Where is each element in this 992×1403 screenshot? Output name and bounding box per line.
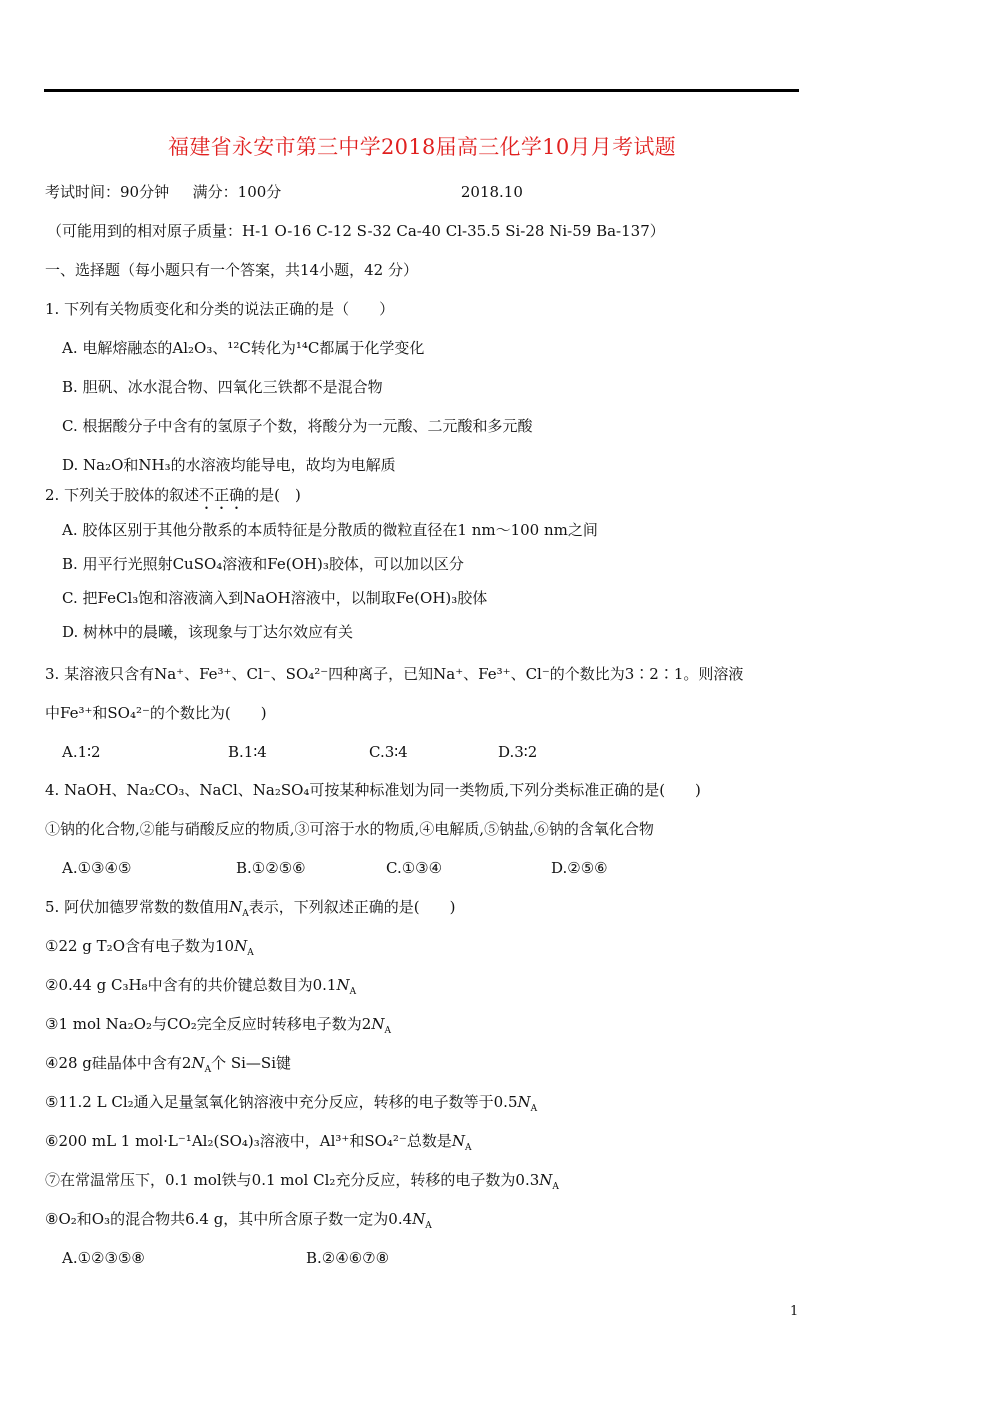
question-3-option-a[interactable]: A.1∶2	[62, 742, 101, 762]
question-2-option-c[interactable]: C. 把FeCl₃饱和溶液滴入到NaOH溶液中，以制取Fe(OH)₃胶体	[62, 588, 487, 608]
question-5-option-b[interactable]: B.②④⑥⑦⑧	[306, 1248, 389, 1268]
question-5-statement-3: ③1 mol Na₂O₂与CO₂完全反应时转移电子数为2NA	[45, 1014, 391, 1034]
question-5-statement-2: ②0.44 g C₃H₈中含有的共价键总数目为0.1NA	[45, 975, 356, 995]
question-2-option-d[interactable]: D. 树林中的晨曦，该现象与丁达尔效应有关	[62, 622, 353, 642]
page-title: 福建省永安市第三中学2018届高三化学10月月考试题	[0, 131, 844, 161]
question-1-stem: 1. 下列有关物质变化和分类的说法正确的是（ ）	[45, 299, 394, 319]
question-4-option-c[interactable]: C.①③④	[386, 858, 442, 878]
header-rule	[44, 89, 799, 92]
atomic-masses: （可能用到的相对原子质量：H-1 O-16 C-12 S-32 Ca-40 Cl…	[47, 221, 665, 241]
question-5-statement-5: ⑤11.2 L Cl₂通入足量氢氧化钠溶液中充分反应，转移的电子数等于0.5NA	[45, 1092, 537, 1112]
question-4-option-a[interactable]: A.①③④⑤	[62, 858, 131, 878]
exam-info: 考试时间：90分钟 满分：100分 2018.10	[45, 182, 523, 202]
section-heading: 一、选择题（每小题只有一个答案，共14小题，42 分）	[45, 260, 418, 280]
question-2-stem: 2. 下列关于胶体的叙述不正确的是( )	[45, 485, 301, 513]
question-1-option-d[interactable]: D. Na₂O和NH₃的水溶液均能导电，故均为电解质	[62, 455, 396, 475]
question-5-statement-1: ①22 g T₂O含有电子数为10NA	[45, 936, 254, 956]
question-5-stem: 5. 阿伏加德罗常数的数值用NA表示，下列叙述正确的是( )	[45, 897, 455, 917]
question-4-option-b[interactable]: B.①②⑤⑥	[236, 858, 306, 878]
question-5-statement-4: ④28 g硅晶体中含有2NA个 Si—Si键	[45, 1053, 291, 1073]
question-3-option-b[interactable]: B.1∶4	[228, 742, 267, 762]
page-number: 1	[790, 1304, 798, 1319]
question-2-option-b[interactable]: B. 用平行光照射CuSO₄溶液和Fe(OH)₃胶体，可以加以区分	[62, 554, 464, 574]
full-score: 满分：100分	[193, 183, 282, 201]
exam-time: 考试时间：90分钟	[45, 183, 169, 201]
question-5-statement-7: ⑦在常温常压下，0.1 mol铁与0.1 mol Cl₂充分反应，转移的电子数为…	[45, 1170, 559, 1190]
question-2-option-a[interactable]: A. 胶体区别于其他分散系的本质特征是分散质的微粒直径在1 nm～100 nm之…	[62, 520, 598, 540]
question-1-option-c[interactable]: C. 根据酸分子中含有的氢原子个数，将酸分为一元酸、二元酸和多元酸	[62, 416, 533, 436]
question-4-stem: 4. NaOH、Na₂CO₃、NaCl、Na₂SO₄可按某种标准划为同一类物质,…	[45, 780, 701, 800]
question-3-stem-line-1: 3. 某溶液只含有Na⁺、Fe³⁺、Cl⁻、SO₄²⁻四种离子，已知Na⁺、Fe…	[45, 664, 743, 684]
question-5-statement-6: ⑥200 mL 1 mol·L⁻¹Al₂(SO₄)₃溶液中，Al³⁺和SO₄²⁻…	[45, 1131, 471, 1151]
question-4-criteria: ①钠的化合物,②能与硝酸反应的物质,③可溶于水的物质,④电解质,⑤钠盐,⑥钠的含…	[45, 819, 654, 839]
exam-date: 2018.10	[461, 183, 523, 201]
question-3-stem-line-2: 中Fe³⁺和SO₄²⁻的个数比为( )	[45, 703, 267, 723]
question-5-option-a[interactable]: A.①②③⑤⑧	[62, 1248, 145, 1268]
question-3-option-c[interactable]: C.3∶4	[369, 742, 408, 762]
question-1-option-a[interactable]: A. 电解熔融态的Al₂O₃、¹²C转化为¹⁴C都属于化学变化	[62, 338, 424, 358]
question-4-option-d[interactable]: D.②⑤⑥	[551, 858, 608, 878]
question-1-option-b[interactable]: B. 胆矾、冰水混合物、四氧化三铁都不是混合物	[62, 377, 383, 397]
emphasis-text: 不正确	[199, 486, 244, 504]
question-5-statement-8: ⑧O₂和O₃的混合物共6.4 g，其中所含原子数一定为0.4NA	[45, 1209, 432, 1229]
question-3-option-d[interactable]: D.3∶2	[498, 742, 537, 762]
